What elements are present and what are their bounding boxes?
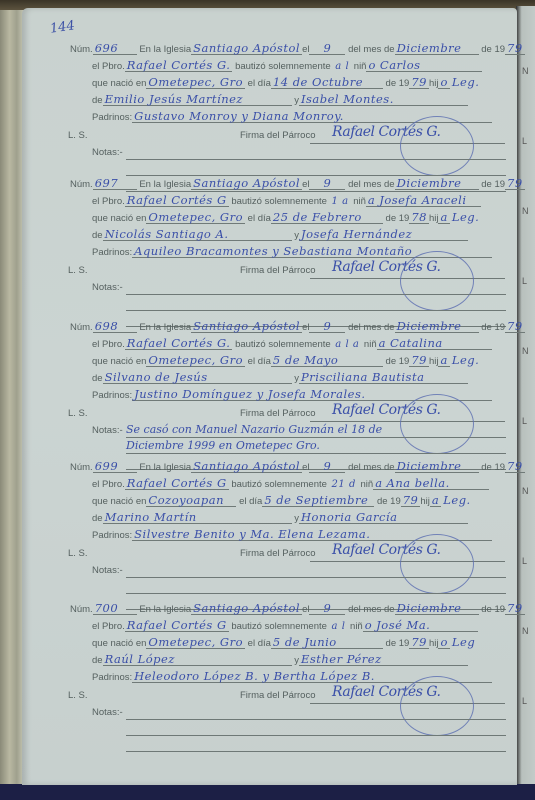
baptism-entry: Núm.698 En la IglesiaSantiago Apóstolel9…: [70, 318, 520, 463]
child-gender-suffix: o: [363, 619, 374, 632]
child-type: o: [438, 636, 449, 649]
child-type: a: [430, 494, 441, 507]
month-label: del mes de: [348, 179, 394, 190]
day-prefix-label: el: [302, 179, 309, 190]
baptism-day: 9: [309, 42, 345, 55]
priest-name: Rafael Cortés G: [125, 619, 229, 632]
notes-line: [126, 294, 506, 295]
birth-day-label: el día: [248, 638, 271, 649]
born-in-label: que nació en: [92, 496, 146, 507]
notes-label: Notas:-: [92, 282, 123, 293]
birth-date: 5 de Septiembre: [262, 494, 374, 507]
mother-name: Isabel Montes.: [299, 93, 468, 106]
month-label: del mes de: [348, 322, 394, 333]
baptism-month: Diciembre: [395, 42, 479, 55]
child-label: niñ: [361, 479, 374, 490]
notes-line: [126, 719, 506, 720]
godparents-label: Padrinos:: [92, 530, 132, 541]
signature-label: Firma del Párroco: [240, 548, 316, 559]
birth-day-label: el día: [248, 78, 271, 89]
notes-text-line-2: Diciembre 1999 en Ometepec Gro.: [126, 439, 320, 452]
month-label: del mes de: [348, 462, 394, 473]
father-of-label: de: [92, 655, 103, 666]
child-name: Catalina: [388, 337, 492, 350]
facing-page-letter: N: [522, 486, 529, 496]
birth-year-label: de 19: [386, 356, 410, 367]
mother-name: Josefa Hernández: [299, 228, 468, 241]
year-label: de 19: [481, 44, 505, 55]
mother-name: Esther Pérez: [299, 653, 468, 666]
born-in-label: que nació en: [92, 78, 146, 89]
birth-year-label: de 19: [377, 496, 401, 507]
baptism-year: 79: [505, 602, 525, 615]
baptized-label: bautizó solemnemente: [231, 196, 327, 207]
month-label: del mes de: [348, 44, 394, 55]
year-label: de 19: [481, 462, 505, 473]
child-gender-suffix: a: [377, 337, 388, 350]
signature-label: Firma del Párroco: [240, 265, 316, 276]
notes-line: [126, 577, 506, 578]
mother-name: Prisciliana Bautista: [299, 371, 468, 384]
church-name: Santiago Apóstol: [191, 602, 302, 615]
priest-label: el Pbro.: [92, 61, 125, 72]
godparents-label: Padrinos:: [92, 390, 132, 401]
birth-date: 25 de Febrero: [271, 211, 383, 224]
num-label: Núm.: [70, 44, 93, 55]
notes-label: Notas:-: [92, 565, 123, 576]
son-of-label: hij: [429, 213, 439, 224]
birth-date: 5 de Junio: [271, 636, 383, 649]
birthplace: Ometepec, Gro: [146, 354, 245, 367]
book-page-edges: [0, 10, 24, 790]
notes-line: [126, 593, 506, 594]
ls-label: L. S.: [68, 548, 88, 559]
baptism-month: Diciembre: [395, 602, 479, 615]
register-page: 144 Núm.696 En la IglesiaSantiago Apósto…: [22, 8, 517, 785]
born-in-label: que nació en: [92, 356, 146, 367]
notes-line: [126, 310, 506, 311]
legitimacy: Leg.: [441, 494, 472, 506]
born-in-label: que nació en: [92, 638, 146, 649]
birth-day-label: el día: [248, 356, 271, 367]
legitimacy: Leg.: [450, 354, 481, 366]
birth-date: 14 de Octubre: [271, 76, 383, 89]
signature-label: Firma del Párroco: [240, 408, 316, 419]
book-cover-bottom: [0, 784, 535, 800]
baptism-day: 9: [309, 177, 345, 190]
church-label: En la Iglesia: [139, 179, 191, 190]
church-name: Santiago Apóstol: [191, 177, 302, 190]
facing-page-letter: L: [522, 276, 527, 286]
birth-year-label: de 19: [386, 78, 410, 89]
birthplace: Cozoyoapan: [146, 494, 236, 507]
month-label: del mes de: [348, 604, 394, 615]
child-name: Ana bella.: [385, 477, 489, 490]
parish-seal: [400, 394, 474, 454]
child-label: niñ: [350, 621, 363, 632]
baptism-entry: Núm.700 En la IglesiaSantiago Apóstolel9…: [70, 600, 520, 745]
ls-label: L. S.: [68, 408, 88, 419]
father-name: Silvano de Jesús: [103, 371, 292, 384]
father-name: Emilio Jesús Martínez: [103, 93, 292, 106]
baptism-entry: Núm.697 En la IglesiaSantiago Apóstolel9…: [70, 175, 520, 320]
notes-label: Notas:-: [92, 147, 123, 158]
parish-seal: [400, 676, 474, 736]
father-of-label: de: [92, 95, 103, 106]
age-mark: a l a: [333, 339, 361, 351]
birth-year: 79: [401, 494, 421, 507]
baptism-day: 9: [309, 460, 345, 473]
entry-number: 700: [93, 602, 137, 615]
child-type: a: [438, 211, 449, 224]
facing-page-letter: L: [522, 416, 527, 426]
father-of-label: de: [92, 373, 103, 384]
baptism-year: 79: [505, 460, 525, 473]
entry-number: 697: [93, 177, 137, 190]
godparents-label: Padrinos:: [92, 112, 132, 123]
birth-year: 79: [409, 354, 429, 367]
num-label: Núm.: [70, 179, 93, 190]
facing-page-letter: N: [522, 346, 529, 356]
priest-name: Rafael Cortés G.: [125, 59, 233, 72]
birthplace: Ometepec, Gro: [146, 211, 245, 224]
church-label: En la Iglesia: [139, 604, 191, 615]
year-label: de 19: [481, 604, 505, 615]
facing-page-letter: N: [522, 206, 529, 216]
priest-name: Rafael Cortés G: [125, 194, 229, 207]
legitimacy: Leg: [450, 636, 477, 648]
church-name: Santiago Apóstol: [191, 320, 302, 333]
signature-label: Firma del Párroco: [240, 130, 316, 141]
notes-line: [126, 453, 506, 454]
notes-label: Notas:-: [92, 707, 123, 718]
priest-label: el Pbro.: [92, 196, 125, 207]
entry-number: 699: [93, 460, 137, 473]
child-name: José Ma.: [374, 619, 478, 632]
birth-year-label: de 19: [386, 213, 410, 224]
baptism-entry: Núm.699 En la IglesiaSantiago Apóstolel9…: [70, 458, 520, 603]
birth-year: 79: [409, 76, 429, 89]
child-gender-suffix: a: [373, 477, 384, 490]
born-in-label: que nació en: [92, 213, 146, 224]
birth-year: 78: [409, 211, 429, 224]
child-type: a: [438, 354, 449, 367]
child-type: o: [438, 76, 449, 89]
facing-page-letter: L: [522, 556, 527, 566]
church-name: Santiago Apóstol: [191, 42, 302, 55]
priest-name: Rafael Cortés G: [125, 477, 229, 490]
age-mark: 21 d: [330, 479, 358, 491]
priest-label: el Pbro.: [92, 339, 125, 350]
baptized-label: bautizó solemnemente: [231, 479, 327, 490]
facing-page-letter: N: [522, 626, 529, 636]
father-name: Marino Martín: [103, 511, 292, 524]
num-label: Núm.: [70, 604, 93, 615]
entry-number: 696: [93, 42, 137, 55]
birthplace: Ometepec, Gro: [146, 76, 245, 89]
birth-year: 79: [409, 636, 429, 649]
child-label: niñ: [364, 339, 377, 350]
legitimacy: Leg.: [450, 76, 481, 88]
parish-seal: [400, 534, 474, 594]
notes-label: Notas:-: [92, 425, 123, 436]
father-of-label: de: [92, 513, 103, 524]
year-label: de 19: [481, 179, 505, 190]
priest-label: el Pbro.: [92, 479, 125, 490]
age-mark: a l: [330, 621, 348, 633]
birth-day-label: el día: [239, 496, 262, 507]
facing-page-letter: N: [522, 66, 529, 76]
parish-seal: [400, 116, 474, 176]
baptism-month: Diciembre: [395, 177, 479, 190]
baptized-label: bautizó solemnemente: [231, 621, 327, 632]
godparents-label: Padrinos:: [92, 247, 132, 258]
church-label: En la Iglesia: [139, 322, 191, 333]
priest-name: Rafael Cortés G.: [125, 337, 233, 350]
page-number: 144: [49, 18, 76, 36]
age-mark: 1 a: [330, 196, 351, 208]
father-name: Raúl López: [103, 653, 292, 666]
birth-day-label: el día: [248, 213, 271, 224]
child-label: niñ: [353, 196, 366, 207]
facing-page-letter: L: [522, 696, 527, 706]
notes-text-line-1: Se casó con Manuel Nazario Guzmán el 18 …: [126, 423, 382, 436]
baptized-label: bautizó solemnemente: [235, 339, 331, 350]
father-of-label: de: [92, 230, 103, 241]
baptized-label: bautizó solemnemente: [235, 61, 331, 72]
baptism-year: 79: [505, 177, 525, 190]
child-gender-suffix: o: [366, 59, 377, 72]
baptism-entry: Núm.696 En la IglesiaSantiago Apóstolel9…: [70, 40, 520, 185]
child-label: niñ: [354, 61, 367, 72]
baptism-year: 79: [505, 320, 525, 333]
son-of-label: hij: [420, 496, 430, 507]
baptism-day: 9: [309, 602, 345, 615]
baptism-year: 79: [505, 42, 525, 55]
day-prefix-label: el: [302, 322, 309, 333]
ls-label: L. S.: [68, 690, 88, 701]
church-name: Santiago Apóstol: [191, 460, 302, 473]
signature-label: Firma del Párroco: [240, 690, 316, 701]
parish-seal: [400, 251, 474, 311]
notes-line: [126, 159, 506, 160]
mother-name: Honoria García: [299, 511, 468, 524]
son-of-label: hij: [429, 356, 439, 367]
age-mark: a l: [333, 61, 351, 73]
ls-label: L. S.: [68, 265, 88, 276]
baptism-day: 9: [309, 320, 345, 333]
entry-number: 698: [93, 320, 137, 333]
priest-label: el Pbro.: [92, 621, 125, 632]
child-name: Josefa Araceli: [377, 194, 481, 207]
father-name: Nicolás Santiago A.: [103, 228, 292, 241]
church-label: En la Iglesia: [139, 44, 191, 55]
son-of-label: hij: [429, 78, 439, 89]
birthplace: Ometepec, Gro: [146, 636, 245, 649]
num-label: Núm.: [70, 322, 93, 333]
notes-line: [126, 735, 506, 736]
notes-line: [126, 437, 506, 438]
godparents-label: Padrinos:: [92, 672, 132, 683]
day-prefix-label: el: [302, 44, 309, 55]
son-of-label: hij: [429, 638, 439, 649]
child-name: Carlos: [378, 59, 482, 72]
child-gender-suffix: a: [366, 194, 377, 207]
notes-line: [126, 751, 506, 752]
num-label: Núm.: [70, 462, 93, 473]
year-label: de 19: [481, 322, 505, 333]
ls-label: L. S.: [68, 130, 88, 141]
birth-date: 5 de Mayo: [271, 354, 383, 367]
legitimacy: Leg.: [450, 211, 481, 223]
baptism-month: Diciembre: [395, 320, 479, 333]
baptism-month: Diciembre: [395, 460, 479, 473]
day-prefix-label: el: [302, 604, 309, 615]
day-prefix-label: el: [302, 462, 309, 473]
church-label: En la Iglesia: [139, 462, 191, 473]
birth-year-label: de 19: [386, 638, 410, 649]
facing-page-letter: L: [522, 136, 527, 146]
